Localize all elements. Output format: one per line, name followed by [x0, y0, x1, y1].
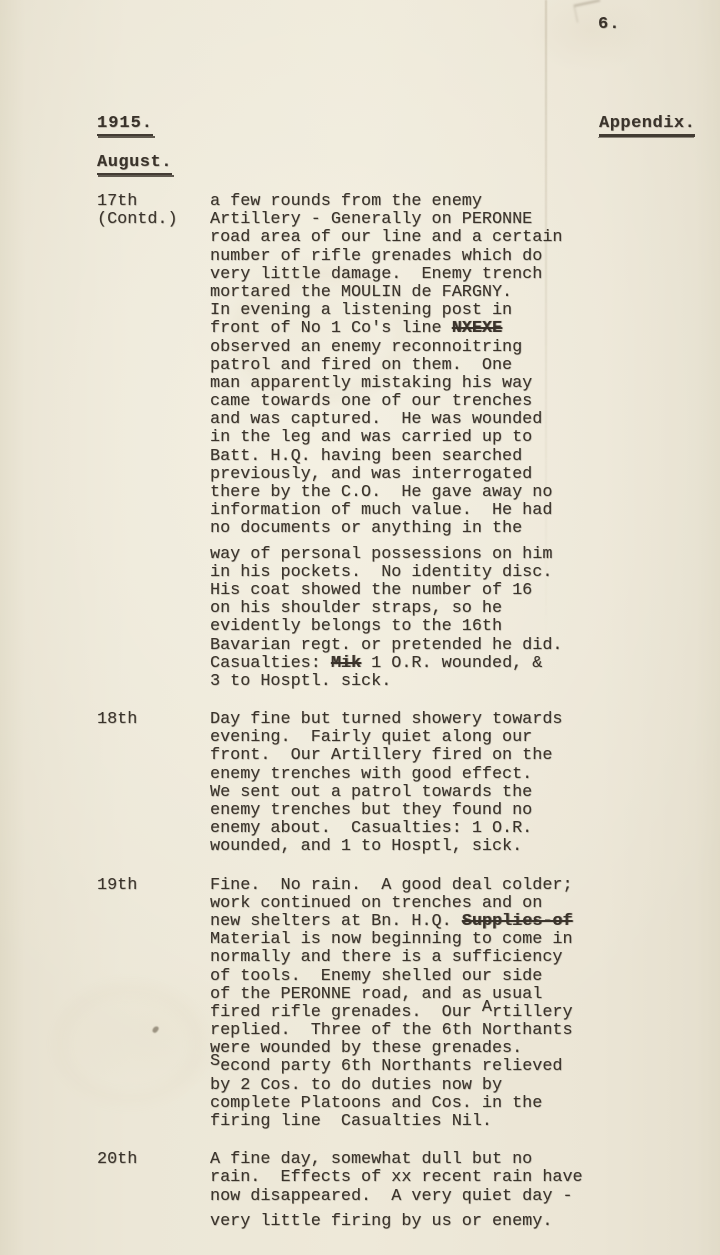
diary-line: mortared the MOULIN de FARGNY. — [210, 284, 622, 302]
text-segment: front. Our Artillery fired on the — [210, 746, 552, 765]
year-heading: 1915. — [97, 114, 153, 136]
diary-line: Artillery - Generally on PERONNE — [210, 211, 622, 229]
diary-line: in the leg and was carried up to — [210, 429, 622, 447]
month-heading: August. — [97, 153, 172, 175]
text-segment: normally and there is a sufficiency — [210, 948, 562, 967]
text-segment: enemy about. Casualties: 1 O.R. — [210, 819, 532, 838]
diary-line: Day fine but turned showery towards — [210, 711, 622, 729]
diary-line: 3 to Hosptl. sick. — [210, 673, 622, 691]
text-segment: were wounded by these grenades. — [210, 1039, 522, 1058]
diary-entry: 17th(Contd.)a few rounds from the enemyA… — [97, 193, 622, 691]
diary-line: a few rounds from the enemy — [210, 193, 622, 211]
text-segment: Batt. H.Q. having been searched — [210, 447, 522, 466]
text-segment: evidently belongs to the 16th — [210, 617, 502, 636]
text-segment: rtillery — [492, 1003, 573, 1022]
text-segment: S — [210, 1052, 220, 1071]
text-segment: evening. Fairly quiet along our — [210, 728, 532, 747]
diary-line: In evening a listening post in — [210, 302, 622, 320]
diary-line: road area of our line and a certain — [210, 229, 622, 247]
month-text: August. — [97, 153, 172, 175]
diary-line: new shelters at Bn. H.Q. Supplies-of — [210, 913, 622, 931]
document-page: 6. 1915. Appendix. August. 17th(Contd.)a… — [0, 0, 720, 1255]
diary-line: there by the C.O. He gave away no — [210, 484, 622, 502]
text-segment: 3 to Hosptl. sick. — [210, 672, 391, 691]
diary-entry: 18thDay fine but turned showery towardse… — [97, 711, 622, 857]
entry-date: 18th — [97, 711, 210, 857]
diary-line: Batt. H.Q. having been searched — [210, 448, 622, 466]
text-segment: observed an enemy reconnoitring — [210, 338, 522, 357]
diary-line: fired rifle grenades. Our Artillery — [210, 1004, 622, 1022]
diary-line: information of much value. He had — [210, 502, 622, 520]
diary-line: evidently belongs to the 16th — [210, 618, 622, 636]
text-segment: His coat showed the number of 16 — [210, 581, 532, 600]
diary-line: wounded, and 1 to Hosptl, sick. — [210, 838, 622, 856]
text-segment: previously, and was interrogated — [210, 465, 532, 484]
text-segment: very little firing by us or enemy. — [210, 1212, 552, 1231]
entry-body: Day fine but turned showery towardseveni… — [210, 711, 622, 857]
text-segment: of tools. Enemy shelled our side — [210, 967, 542, 986]
text-segment: no documents or anything in the — [210, 519, 522, 538]
diary-line: A fine day, somewhat dull but no — [210, 1151, 622, 1169]
text-segment: A — [482, 998, 492, 1017]
diary-line: on his shoulder straps, so he — [210, 600, 622, 618]
text-segment: new shelters at Bn. H.Q. — [210, 912, 462, 931]
text-segment: A fine day, somewhat dull but no — [210, 1150, 532, 1169]
text-segment: Material is now beginning to come in — [210, 930, 573, 949]
diary-line: Second party 6th Northants relieved — [210, 1058, 622, 1076]
text-segment: rain. Effects of xx recent rain have — [210, 1168, 583, 1187]
page-number: 6. — [598, 15, 620, 34]
diary-line: by 2 Cos. to do duties now by — [210, 1077, 622, 1095]
diary-line: firing line Casualties Nil. — [210, 1113, 622, 1131]
text-segment: mortared the MOULIN de FARGNY. — [210, 283, 512, 302]
text-segment: and was captured. He was wounded — [210, 410, 542, 429]
entry-date: 19th — [97, 877, 210, 1132]
text-segment: fired rifle grenades. Our — [210, 1003, 482, 1022]
diary-line: were wounded by these grenades. — [210, 1040, 622, 1058]
diary-line: no documents or anything in the — [210, 520, 622, 538]
diary-line: patrol and fired on them. One — [210, 357, 622, 375]
diary-line: evening. Fairly quiet along our — [210, 729, 622, 747]
text-segment: econd party 6th Northants relieved — [220, 1057, 562, 1076]
text-segment: in the leg and was carried up to — [210, 428, 532, 447]
year-text: 1915. — [97, 114, 153, 136]
diary-entry: 19thFine. No rain. A good deal colder;wo… — [97, 877, 622, 1132]
text-segment: Artillery - Generally on PERONNE — [210, 210, 532, 229]
text-segment: enemy trenches with good effect. — [210, 765, 532, 784]
text-segment: replied. Three of the 6th Northants — [210, 1021, 573, 1040]
diary-line: complete Platoons and Cos. in the — [210, 1095, 622, 1113]
text-segment: now disappeared. A very quiet day - — [210, 1187, 573, 1206]
diary-line: very little firing by us or enemy. — [210, 1213, 622, 1231]
text-segment: a few rounds from the enemy — [210, 192, 482, 211]
diary-line: of the PERONNE road, and as usual — [210, 986, 622, 1004]
diary-line: in his pockets. No identity disc. — [210, 564, 622, 582]
diary-line: came towards one of our trenches — [210, 393, 622, 411]
text-segment: complete Platoons and Cos. in the — [210, 1094, 542, 1113]
diary-entries: 17th(Contd.)a few rounds from the enemyA… — [97, 193, 622, 1251]
text-segment: Day fine but turned showery towards — [210, 710, 562, 729]
text-segment: by 2 Cos. to do duties now by — [210, 1076, 502, 1095]
text-segment: number of rifle grenades which do — [210, 247, 542, 266]
diary-line: work continued on trenches and on — [210, 895, 622, 913]
diary-line: enemy trenches but they found no — [210, 802, 622, 820]
diary-line: way of personal possessions on him — [210, 546, 622, 564]
entry-date-text: 19th — [97, 877, 210, 895]
text-segment: on his shoulder straps, so he — [210, 599, 502, 618]
entry-date-text: 17th — [97, 193, 210, 211]
entry-date: 20th — [97, 1151, 210, 1231]
text-segment: in his pockets. No identity disc. — [210, 563, 552, 582]
text-segment: wounded, and 1 to Hosptl, sick. — [210, 837, 522, 856]
diary-entry: 20thA fine day, somewhat dull but norain… — [97, 1151, 622, 1231]
struck-text: Supplies-of — [462, 912, 573, 931]
entry-body: Fine. No rain. A good deal colder;work c… — [210, 877, 622, 1132]
diary-line: enemy trenches with good effect. — [210, 766, 622, 784]
diary-line: His coat showed the number of 16 — [210, 582, 622, 600]
entry-date-text: 18th — [97, 711, 210, 729]
diary-line: observed an enemy reconnoitring — [210, 339, 622, 357]
diary-line: replied. Three of the 6th Northants — [210, 1022, 622, 1040]
text-segment: Casualties: — [210, 654, 331, 673]
diary-line: enemy about. Casualties: 1 O.R. — [210, 820, 622, 838]
text-segment: way of personal possessions on him — [210, 545, 552, 564]
diary-line: Bavarian regt. or pretended he did. — [210, 637, 622, 655]
entry-date-text: 20th — [97, 1151, 210, 1169]
text-segment: very little damage. Enemy trench — [210, 265, 542, 284]
diary-line: We sent out a patrol towards the — [210, 784, 622, 802]
diary-line: Fine. No rain. A good deal colder; — [210, 877, 622, 895]
diary-line: of tools. Enemy shelled our side — [210, 968, 622, 986]
diary-line: number of rifle grenades which do — [210, 248, 622, 266]
text-segment: information of much value. He had — [210, 501, 552, 520]
diary-line: Material is now beginning to come in — [210, 931, 622, 949]
diary-line: very little damage. Enemy trench — [210, 266, 622, 284]
struck-text: Mik — [331, 654, 361, 673]
text-segment: Bavarian regt. or pretended he did. — [210, 636, 562, 655]
text-segment: firing line Casualties Nil. — [210, 1112, 492, 1131]
text-segment: there by the C.O. He gave away no — [210, 483, 552, 502]
diary-line: front. Our Artillery fired on the — [210, 747, 622, 765]
diary-line: and was captured. He was wounded — [210, 411, 622, 429]
text-segment: work continued on trenches and on — [210, 894, 542, 913]
text-segment: came towards one of our trenches — [210, 392, 532, 411]
entry-date: 17th(Contd.) — [97, 193, 210, 691]
text-segment: enemy trenches but they found no — [210, 801, 532, 820]
text-segment: We sent out a patrol towards the — [210, 783, 532, 802]
text-segment: patrol and fired on them. One — [210, 356, 512, 375]
struck-text: NXEXE — [452, 319, 502, 338]
diary-line: front of No 1 Co's line NXEXE — [210, 320, 622, 338]
diary-line: normally and there is a sufficiency — [210, 949, 622, 967]
text-segment: front of No 1 Co's line — [210, 319, 452, 338]
appendix-text: Appendix. — [599, 114, 695, 137]
entry-date-note: (Contd.) — [97, 211, 210, 229]
diary-line: man apparently mistaking his way — [210, 375, 622, 393]
text-segment: road area of our line and a certain — [210, 228, 562, 247]
text-segment: In evening a listening post in — [210, 301, 512, 320]
text-segment: man apparently mistaking his way — [210, 374, 532, 393]
entry-body: A fine day, somewhat dull but norain. Ef… — [210, 1151, 622, 1231]
appendix-heading: Appendix. — [599, 114, 695, 137]
text-segment: 1 O.R. wounded, & — [361, 654, 542, 673]
diary-line: now disappeared. A very quiet day - — [210, 1188, 622, 1206]
diary-line: Casualties: Mik 1 O.R. wounded, & — [210, 655, 622, 673]
text-segment: of the PERONNE road, and as usual — [210, 985, 542, 1004]
text-segment: Fine. No rain. A good deal colder; — [210, 876, 573, 895]
diary-line: previously, and was interrogated — [210, 466, 622, 484]
diary-line: rain. Effects of xx recent rain have — [210, 1169, 622, 1187]
entry-body: a few rounds from the enemyArtillery - G… — [210, 193, 622, 691]
